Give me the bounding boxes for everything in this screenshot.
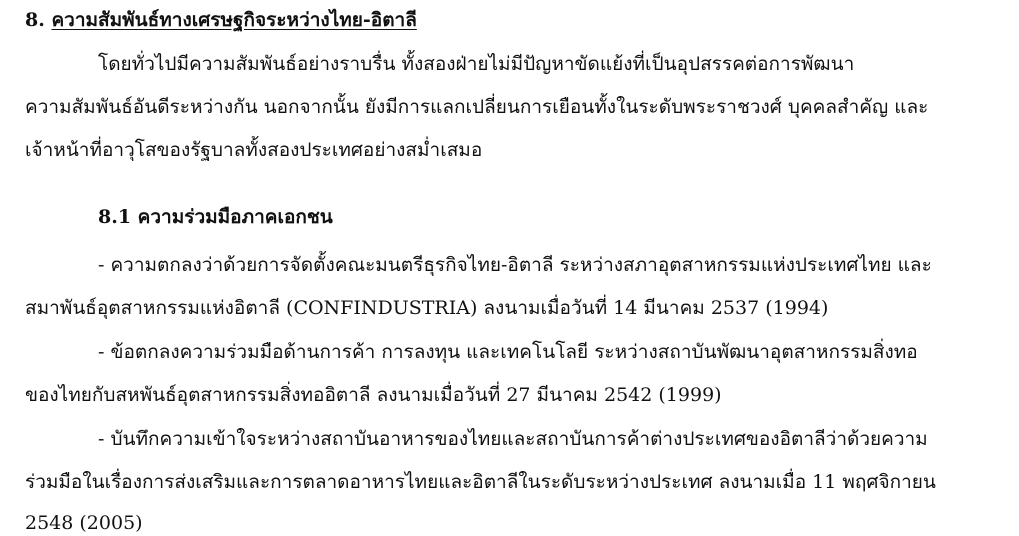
intro-line-3: เจ้าหน้าที่อาวุโสของรัฐบาลทั้งสองประเทศอ… [25, 138, 482, 162]
item-3-line-2: ร่วมมือในเรื่องการส่งเสริมและการตลาดอาหา… [25, 470, 936, 494]
item-2-line-2: ของไทยกับสหพันธ์อุตสาหกรรมสิ่งทออิตาลี ล… [25, 383, 722, 407]
section-title: ความสัมพันธ์ทางเศรษฐกิจระหว่างไทย-อิตาลี [51, 9, 416, 31]
item-1-line-1: - ความตกลงว่าด้วยการจัดตั้งคณะมนตรีธุรกิ… [98, 253, 932, 277]
intro-line-1: โดยทั่วไปมีความสัมพันธ์อย่างราบรื่น ทั้ง… [98, 52, 854, 76]
section-heading: 8. ความสัมพันธ์ทางเศรษฐกิจระหว่างไทย-อิต… [25, 8, 417, 32]
item-2-line-1: - ข้อตกลงความร่วมมือด้านการค้า การลงทุน … [98, 340, 918, 364]
intro-line-2: ความสัมพันธ์อันดีระหว่างกัน นอกจากนั้น ย… [25, 95, 928, 119]
item-3-line-3: 2548 (2005) [25, 511, 143, 535]
subsection-heading: 8.1 ความร่วมมือภาคเอกชน [98, 205, 333, 229]
item-1-line-2: สมาพันธ์อุตสาหกรรมแห่งอิตาลี (CONFINDUST… [25, 296, 828, 320]
section-number: 8. [25, 9, 45, 31]
item-3-line-1: - บันทึกความเข้าใจระหว่างสถาบันอาหารของไ… [98, 427, 928, 451]
